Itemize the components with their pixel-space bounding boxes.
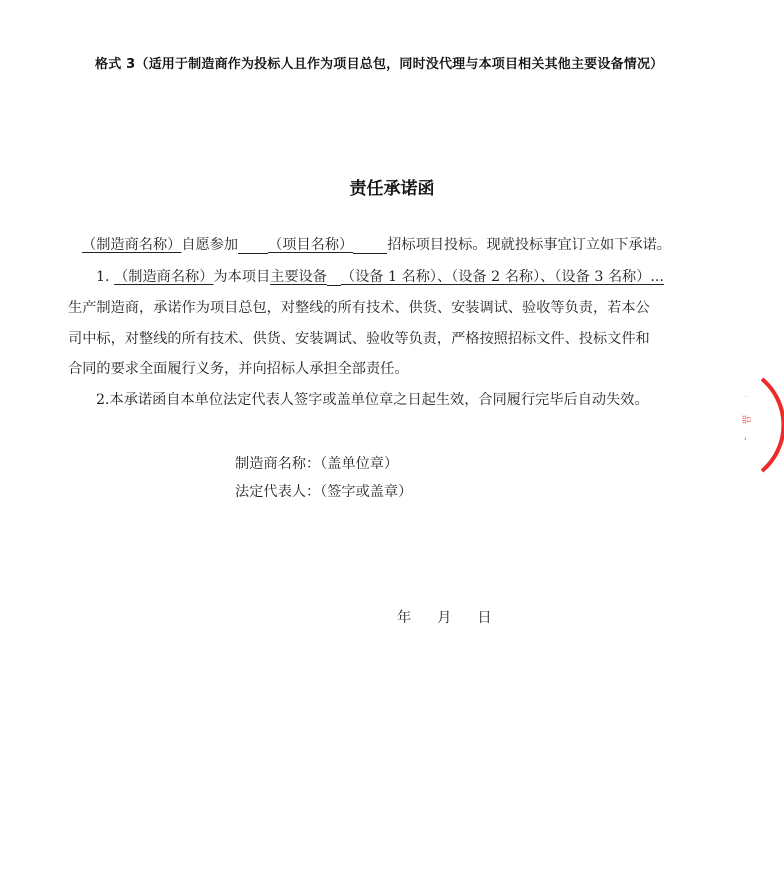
- blank-line: [238, 237, 268, 254]
- date-month: 月: [437, 607, 451, 627]
- date-year: 年: [397, 607, 411, 627]
- blank-line: [327, 269, 341, 286]
- clause-1-line-2: 生产制造商，承诺作为项目总包，对整线的所有技术、供货、安装调试、验收等负责，若本…: [68, 297, 650, 317]
- legal-rep-signature-label: 法定代表人：（签字或盖章）: [235, 481, 412, 501]
- manufacturer-placeholder: （制造商名称）: [82, 237, 181, 253]
- svg-text:‹: ‹: [744, 435, 747, 443]
- page-title: 责任承诺函: [0, 174, 784, 199]
- red-seal-stamp-icon: · 品 ‹: [735, 375, 784, 475]
- project-placeholder: （项目名称）: [268, 237, 353, 253]
- clause-2: 2.本承诺函自本单位法定代表人签字或盖单位章之日起生效，合同履行完毕后自动失效。: [96, 389, 649, 409]
- intro-paragraph: （制造商名称）自愿参加（项目名称）招标项目投标。现就投标事宜订立如下承诺。: [82, 234, 671, 254]
- clause-1-line-4: 合同的要求全面履行义务，并向招标人承担全部责任。: [68, 358, 409, 378]
- manufacturer-placeholder: （制造商名称）: [114, 269, 213, 285]
- clause-1-line-1: 1. （制造商名称）为本项目主要设备（设备 1 名称）、（设备 2 名称）、（设…: [96, 266, 664, 286]
- date-line: 年月日: [397, 607, 518, 627]
- clause-number: 1.: [96, 269, 110, 285]
- clause-1-line-3: 司中标，对整线的所有技术、供货、安装调试、验收等负责，严格按照招标文件、投标文件…: [68, 328, 650, 348]
- svg-text:·: ·: [745, 394, 747, 401]
- manufacturer-signature-label: 制造商名称：（盖单位章）: [235, 453, 398, 473]
- equipment-list: （设备 1 名称）、（设备 2 名称）、（设备 3 名称）...: [341, 269, 664, 285]
- main-equipment: 主要设备: [270, 269, 327, 285]
- svg-text:品: 品: [740, 415, 751, 424]
- blank-line: [353, 237, 387, 254]
- intro-text-1: 自愿参加: [181, 237, 238, 253]
- intro-text-2: 招标项目投标。现就投标事宜订立如下承诺。: [387, 237, 671, 253]
- format-heading: 格式 3（适用于制造商作为投标人且作为项目总包，同时没代理与本项目相关其他主要设…: [95, 53, 663, 72]
- clause-1-text: 为本项目: [213, 269, 270, 285]
- date-day: 日: [477, 607, 491, 627]
